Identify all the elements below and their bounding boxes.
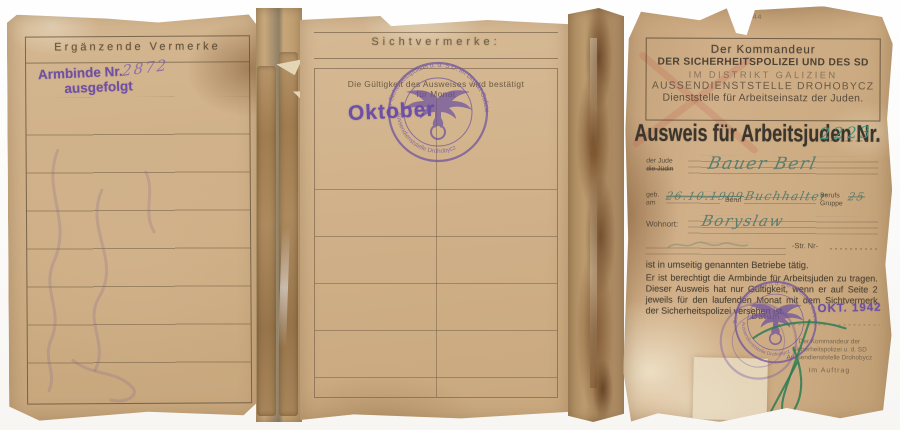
name-value-handwriting: Bauer Berl	[706, 154, 819, 174]
tape-strip	[257, 66, 276, 416]
middle-panel: Sichtvermerke: Die Gültigkeit des Auswei…	[300, 16, 568, 420]
eagle-emblem-icon	[404, 90, 472, 139]
left-panel-header: Ergänzende Vermerke	[26, 40, 249, 53]
armband-stamp-line2: ausgefolgt	[64, 78, 133, 96]
stain-streak	[590, 38, 597, 388]
wohnort-value-handwriting: Boryslaw	[700, 212, 786, 230]
birth-field-labels: geb. am	[646, 192, 659, 207]
fold-stained-right	[568, 8, 624, 422]
left-panel: Ergänzende Vermerke Armbinde Nr. ausgefo…	[7, 11, 261, 421]
birth-label-top: geb.	[646, 192, 659, 200]
name-label-bottom: die Jüdin	[646, 165, 673, 173]
office-line4: AUSSENDIENSTSTELLE DROHOBYCZ	[647, 81, 880, 93]
beruf-value-handwriting: Buchhalter	[744, 189, 829, 203]
name-field-labels: der Jude die Jüdin	[646, 158, 673, 173]
gruppe-label-bottom: Gruppe	[820, 200, 843, 208]
body-line: ist in umseitig genannten Betriebe tätig…	[646, 260, 878, 271]
signature-handwriting	[723, 304, 874, 430]
street-scrawl	[664, 236, 754, 254]
office-line1: Der Kommandeur	[647, 44, 880, 57]
office-line2: DER SICHERHEITSPOLIZEI UND DES SD	[647, 57, 880, 69]
right-panel: 3044 Der Kommandeur DER SICHERHEITSPOLIZ…	[623, 5, 893, 422]
wohnort-label: Wohnort:	[646, 221, 678, 229]
issuing-office-box: Der Kommandeur DER SICHERHEITSPOLIZEI UN…	[645, 38, 880, 122]
office-line5: Dienststelle für Arbeitseinsatz der Jude…	[646, 93, 879, 105]
armband-stamp: Armbinde Nr. ausgefolgt	[38, 63, 133, 97]
street-nr-line	[830, 248, 878, 249]
pencil-note: 3044	[743, 14, 763, 21]
gruppe-field-labels: Berufs Gruppe	[820, 192, 843, 207]
armband-number-handwriting: 2872	[122, 56, 169, 80]
eagle-round-stamp-icon: Der Sicherheitspolizei u. d. S.D. im Dis…	[382, 56, 494, 168]
grid-horizontal-lines	[315, 143, 557, 397]
office-line3: IM DISTRIKT GALIZIEN	[647, 69, 880, 81]
street-label: -Str. Nr-	[792, 242, 818, 250]
handwriting-scrawl	[5, 131, 237, 422]
document-photo: Ergänzende Vermerke Armbinde Nr. ausgefo…	[0, 0, 900, 430]
ausweis-number-handwriting: 2223	[820, 123, 873, 144]
gruppe-label-top: Berufs	[820, 192, 843, 200]
name-label-top: der Jude	[646, 158, 673, 166]
beruf-label: Beruf	[725, 197, 741, 205]
middle-panel-header: Sichtvermerke:	[314, 32, 558, 59]
gruppe-value-handwriting: 25	[847, 190, 867, 203]
document-title: Ausweis für Arbeitsjuden Nr.	[634, 119, 844, 148]
birth-label-bottom: am	[646, 199, 659, 207]
